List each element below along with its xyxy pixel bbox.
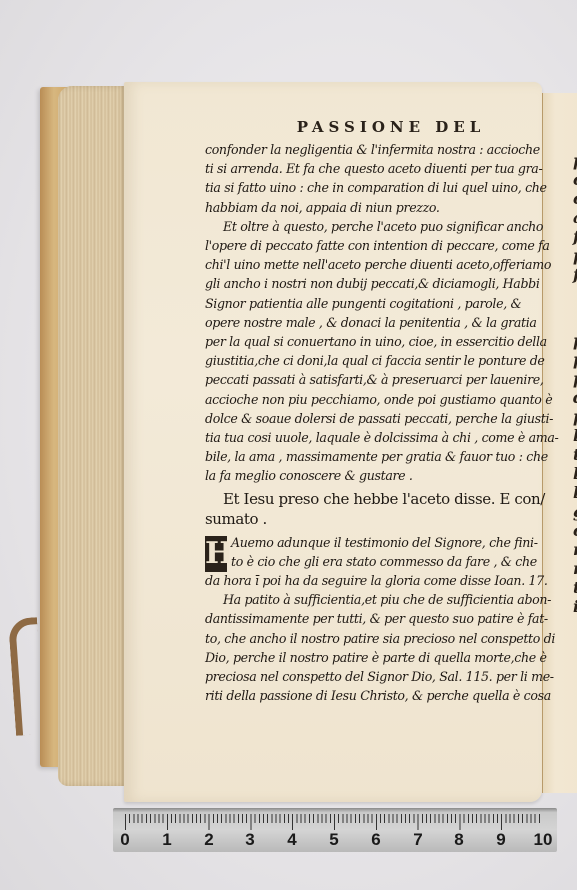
facing-text-fragment: f — [573, 267, 577, 283]
text-line: confonder la negligentia & l'infermita n… — [205, 140, 527, 159]
ruler-ticks — [125, 814, 543, 830]
text-line: tia si fatto uino : che in comparation d… — [205, 178, 527, 197]
ruler-label: 4 — [287, 830, 296, 850]
ruler-label: 0 — [120, 830, 129, 850]
text-line: riti della passione di Iesu Christo, & p… — [205, 686, 527, 705]
text-line: to, che ancho il nostro patire sia preci… — [205, 629, 527, 648]
section-heading: Et Iesu preso che hebbe l'aceto disse. E… — [205, 489, 527, 529]
facing-text-fragment: t — [573, 447, 577, 463]
heading-line: Et Iesu preso che hebbe l'aceto disse. E… — [205, 489, 527, 509]
text-line: la fa meglio conoscere & gustare . — [205, 466, 527, 485]
scale-ruler: 0 1 2 3 4 5 6 7 8 9 10 — [113, 808, 557, 852]
text-line: peccati passati à satisfarti,& à preseru… — [205, 370, 527, 389]
ruler-label: 1 — [162, 830, 171, 850]
ruler-label: 6 — [371, 830, 380, 850]
facing-text-fragment: p — [573, 248, 577, 264]
text-line: Dio, perche il nostro patire è parte di … — [205, 648, 527, 667]
facing-text-fragment: f — [573, 229, 577, 245]
ruler-label: 9 — [496, 830, 505, 850]
page-text-block: PASSIONE DEL confonder la negligentia & … — [205, 118, 527, 705]
text-line: Auemo adunque il testimonio del Signore,… — [205, 533, 527, 552]
text-line: bile, la ama , massimamente per gratia &… — [205, 447, 527, 466]
facing-text-fragment: p — [573, 153, 577, 169]
text-line: per la qual si conuertano in uino, cioe,… — [205, 332, 527, 351]
facing-text-fragment: t — [573, 580, 577, 596]
text-line: Ha patito à sufficientia,et piu che de s… — [205, 590, 527, 609]
paragraph-3: H Auemo adunque il testimonio del Signor… — [205, 533, 527, 591]
ruler-label: 10 — [534, 830, 553, 850]
text-line: da hora ī poi ha da seguire la gloria co… — [205, 571, 527, 590]
facing-text-fragment: d — [573, 390, 577, 406]
page-stack-edges — [58, 86, 126, 786]
paragraph-2: Et oltre à questo, perche l'aceto puo si… — [205, 217, 527, 486]
paragraph-1: confonder la negligentia & l'infermita n… — [205, 140, 527, 217]
text-line: preciosa nel conspetto del Signor Dio, S… — [205, 667, 527, 686]
text-line: l'opere di peccato fatte con intention d… — [205, 236, 527, 255]
facing-text-fragment: p — [573, 352, 577, 368]
facing-text-fragment: l — [573, 428, 577, 444]
facing-text-fragment: g — [573, 504, 577, 520]
text-line: Signor patientia alle pungenti cogitatio… — [205, 294, 527, 313]
facing-text-fragment: r — [573, 542, 577, 558]
ruler-label: 2 — [204, 830, 213, 850]
facing-text-fragment: l — [573, 485, 577, 501]
facing-text-fragment: c — [573, 191, 577, 207]
text-line: accioche non piu pecchiamo, onde poi gus… — [205, 390, 527, 409]
text-line: ti si arrenda. Et fa che questo aceto di… — [205, 159, 527, 178]
text-line: opere nostre male , & donaci la penitent… — [205, 313, 527, 332]
facing-text-fragment: p — [573, 409, 577, 425]
text-line: to è cio che gli era stato commesso da f… — [205, 552, 527, 571]
ruler-label: 8 — [454, 830, 463, 850]
heading-line: sumato . — [205, 509, 527, 529]
facing-text-fragment: p — [573, 333, 577, 349]
text-line: dolce & soaue dolersi de passati peccati… — [205, 409, 527, 428]
facing-text-fragment: p — [573, 371, 577, 387]
ruler-label: 5 — [329, 830, 338, 850]
facing-text-fragment: c — [573, 172, 577, 188]
text-line: tia tua cosi uuole, laquale è dolcissima… — [205, 428, 527, 447]
text-line: dantissimamente per tutti, & per questo … — [205, 609, 527, 628]
text-line: habbiam da noi, appaia di niun prezzo. — [205, 198, 527, 217]
facing-text-fragment: i — [573, 599, 577, 615]
facing-text-fragment: a — [573, 210, 577, 226]
paragraph-4: Ha patito à sufficientia,et piu che de s… — [205, 590, 527, 705]
facing-text-fragment: r — [573, 561, 577, 577]
text-line: chi'l uino mette nell'aceto perche diuen… — [205, 255, 527, 274]
text-line: Et oltre à questo, perche l'aceto puo si… — [205, 217, 527, 236]
ruler-label: 3 — [245, 830, 254, 850]
text-line: gli ancho i nostri non dubij peccati,& d… — [205, 274, 527, 293]
decorated-initial: H — [205, 536, 227, 572]
text-line: giustitia,che ci doni,la qual ci faccia … — [205, 351, 527, 370]
facing-text-fragment: l — [573, 466, 577, 482]
ruler-label: 7 — [413, 830, 422, 850]
facing-text-fragment: c — [573, 523, 577, 539]
running-head: PASSIONE DEL — [205, 118, 527, 136]
